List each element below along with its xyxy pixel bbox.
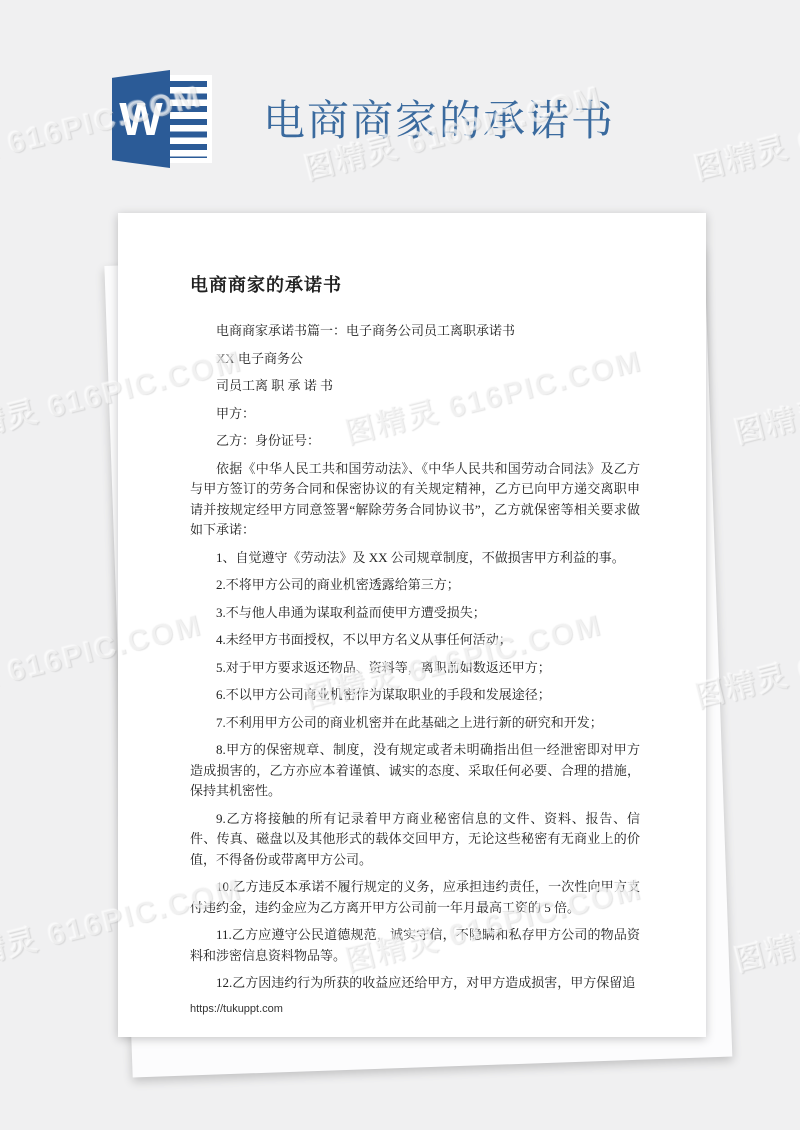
watermark-text: 图精灵 616PIC.COM xyxy=(729,336,800,452)
word-letter: W xyxy=(119,92,162,146)
footer-link[interactable]: https://tukuppt.com xyxy=(190,1003,283,1015)
document-paragraph: 乙方：身份证号： xyxy=(190,431,640,452)
page-title: 电商商家的承诺书 xyxy=(263,88,615,148)
document-heading: 电商商家的承诺书 xyxy=(190,273,640,297)
watermark-text: 图精灵 616PIC.COM xyxy=(729,864,800,980)
document-paragraph: 司员工离 职 承 诺 书 xyxy=(190,376,640,397)
document-page: 电商商家的承诺书 电商商家承诺书篇一：电子商务公司员工离职承诺书XX 电子商务公… xyxy=(118,213,706,1037)
document-body: 电商商家承诺书篇一：电子商务公司员工离职承诺书XX 电子商务公司员工离 职 承 … xyxy=(190,321,640,994)
document-paragraph: 3.不与他人串通为谋取利益而使甲方遭受损失； xyxy=(190,603,640,624)
document-paragraph: 11.乙方应遵守公民道德规范，诚实守信，不隐瞒和私存甲方公司的物品资料和涉密信息… xyxy=(190,925,640,966)
word-document-icon: W xyxy=(112,70,212,168)
document-paragraph: 6.不以甲方公司商业机密作为谋取职业的手段和发展途径； xyxy=(190,685,640,706)
document-paragraph: 10.乙方违反本承诺不履行规定的义务，应承担违约责任，一次性向甲方支付违约金，违… xyxy=(190,877,640,918)
document-paragraph: XX 电子商务公 xyxy=(190,349,640,370)
document-paragraph: 9.乙方将接触的所有记录着甲方商业秘密信息的文件、资料、报告、信件、传真、磁盘以… xyxy=(190,809,640,871)
page-background: W 电商商家的承诺书 电商商家的承诺书 电商商家承诺书篇一：电子商务公司员工离职… xyxy=(0,0,800,1130)
document-paragraph: 甲方： xyxy=(190,404,640,425)
document-paragraph: 4.未经甲方书面授权，不以甲方名义从事任何活动； xyxy=(190,630,640,651)
document-paragraph: 电商商家承诺书篇一：电子商务公司员工离职承诺书 xyxy=(190,321,640,342)
document-paragraph: 1、自觉遵守《劳动法》及 XX 公司规章制度，不做损害甲方利益的事。 xyxy=(190,548,640,569)
word-doc-lines xyxy=(167,81,207,158)
document-paragraph: 5.对于甲方要求返还物品、资料等，离职前如数返还甲方； xyxy=(190,658,640,679)
site-header: W 电商商家的承诺书 xyxy=(0,0,800,190)
document-paragraph: 依据《中华人民工共和国劳动法》、《中华人民共和国劳动合同法》及乙方与甲方签订的劳… xyxy=(190,459,640,541)
document-paragraph: 12.乙方因违约行为所获的收益应还给甲方，对甲方造成损害，甲方保留追 xyxy=(190,973,640,994)
document-paragraph: 2.不将甲方公司的商业机密透露给第三方； xyxy=(190,575,640,596)
document-paragraph: 7.不利用甲方公司的商业机密并在此基础之上进行新的研究和开发； xyxy=(190,713,640,734)
document-paragraph: 8.甲方的保密规章、制度，没有规定或者未明确指出但一经泄密即对甲方造成损害的，乙… xyxy=(190,740,640,802)
word-letter-cover: W xyxy=(112,70,170,168)
